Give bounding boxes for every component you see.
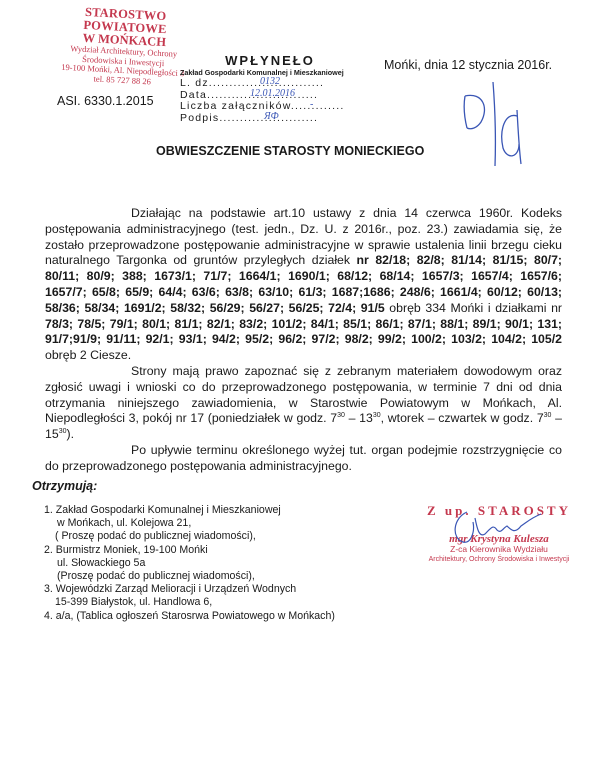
paragraph-1: Działając na podstawie art.10 ustawy z d… xyxy=(45,206,562,364)
incoming-field-signature: Podpis........................ ЯФ xyxy=(180,113,360,125)
handwritten-attachments: - xyxy=(310,99,313,111)
recipient-line: ul. Słowackiego 5a xyxy=(44,557,335,570)
notice-body: Działając na podstawie art.10 ustawy z d… xyxy=(45,206,562,475)
incoming-stamp: WPŁYNEŁO Zakład Gospodarki Komunalnej i … xyxy=(180,54,360,124)
place-date: Mońki, dnia 12 stycznia 2016r. xyxy=(384,58,552,72)
handwritten-ldz: 0132 xyxy=(260,76,280,88)
paragraph-2: Strony mają prawo zapoznać się z zebrany… xyxy=(45,364,562,443)
recipient-line: 4. a/a, (Tablica ogłoszeń Starosrwa Powi… xyxy=(44,610,335,623)
handwritten-signature-initials: ЯФ xyxy=(264,111,279,123)
recipients-list: 1. Zakład Gospodarki Komunalnej i Mieszk… xyxy=(44,504,335,623)
page-title: OBWIESZCZENIE STAROSTY MONIECKIEGO xyxy=(156,144,424,158)
reference-number: ASI. 6330.1.2015 xyxy=(57,94,154,108)
recipient-line: (Proszę podać do publicznej wiadomości), xyxy=(44,570,335,583)
parcel-list-ciesze: 78/3; 78/5; 79/1; 80/1; 81/1; 82/1; 83/2… xyxy=(45,317,562,347)
recipient-line: 1. Zakład Gospodarki Komunalnej i Mieszk… xyxy=(44,504,335,517)
recipients-title: Otrzymują: xyxy=(32,479,97,493)
handwritten-date: 12.01.2016 xyxy=(250,88,295,100)
recipient-line: ( Proszę podać do publicznej wiadomości)… xyxy=(44,530,335,543)
recipient-line: 15-399 Białystok, ul. Handlowa 6, xyxy=(44,596,335,609)
paragraph-3: Po upływie terminu określonego wyżej tut… xyxy=(45,443,562,475)
signatory-department: Architektury, Ochrony Środowiska i Inwes… xyxy=(404,555,594,564)
recipient-line: 3. Wojewódzki Zarząd Melioracji i Urządz… xyxy=(44,583,335,596)
handwritten-signature-icon xyxy=(445,508,555,548)
recipient-line: w Mońkach, ul. Kolejowa 21, xyxy=(44,517,335,530)
recipient-line: 2. Burmistrz Moniek, 19-100 Mońki xyxy=(44,544,335,557)
handwritten-mark-icon xyxy=(455,78,535,168)
incoming-heading: WPŁYNEŁO xyxy=(180,54,360,68)
